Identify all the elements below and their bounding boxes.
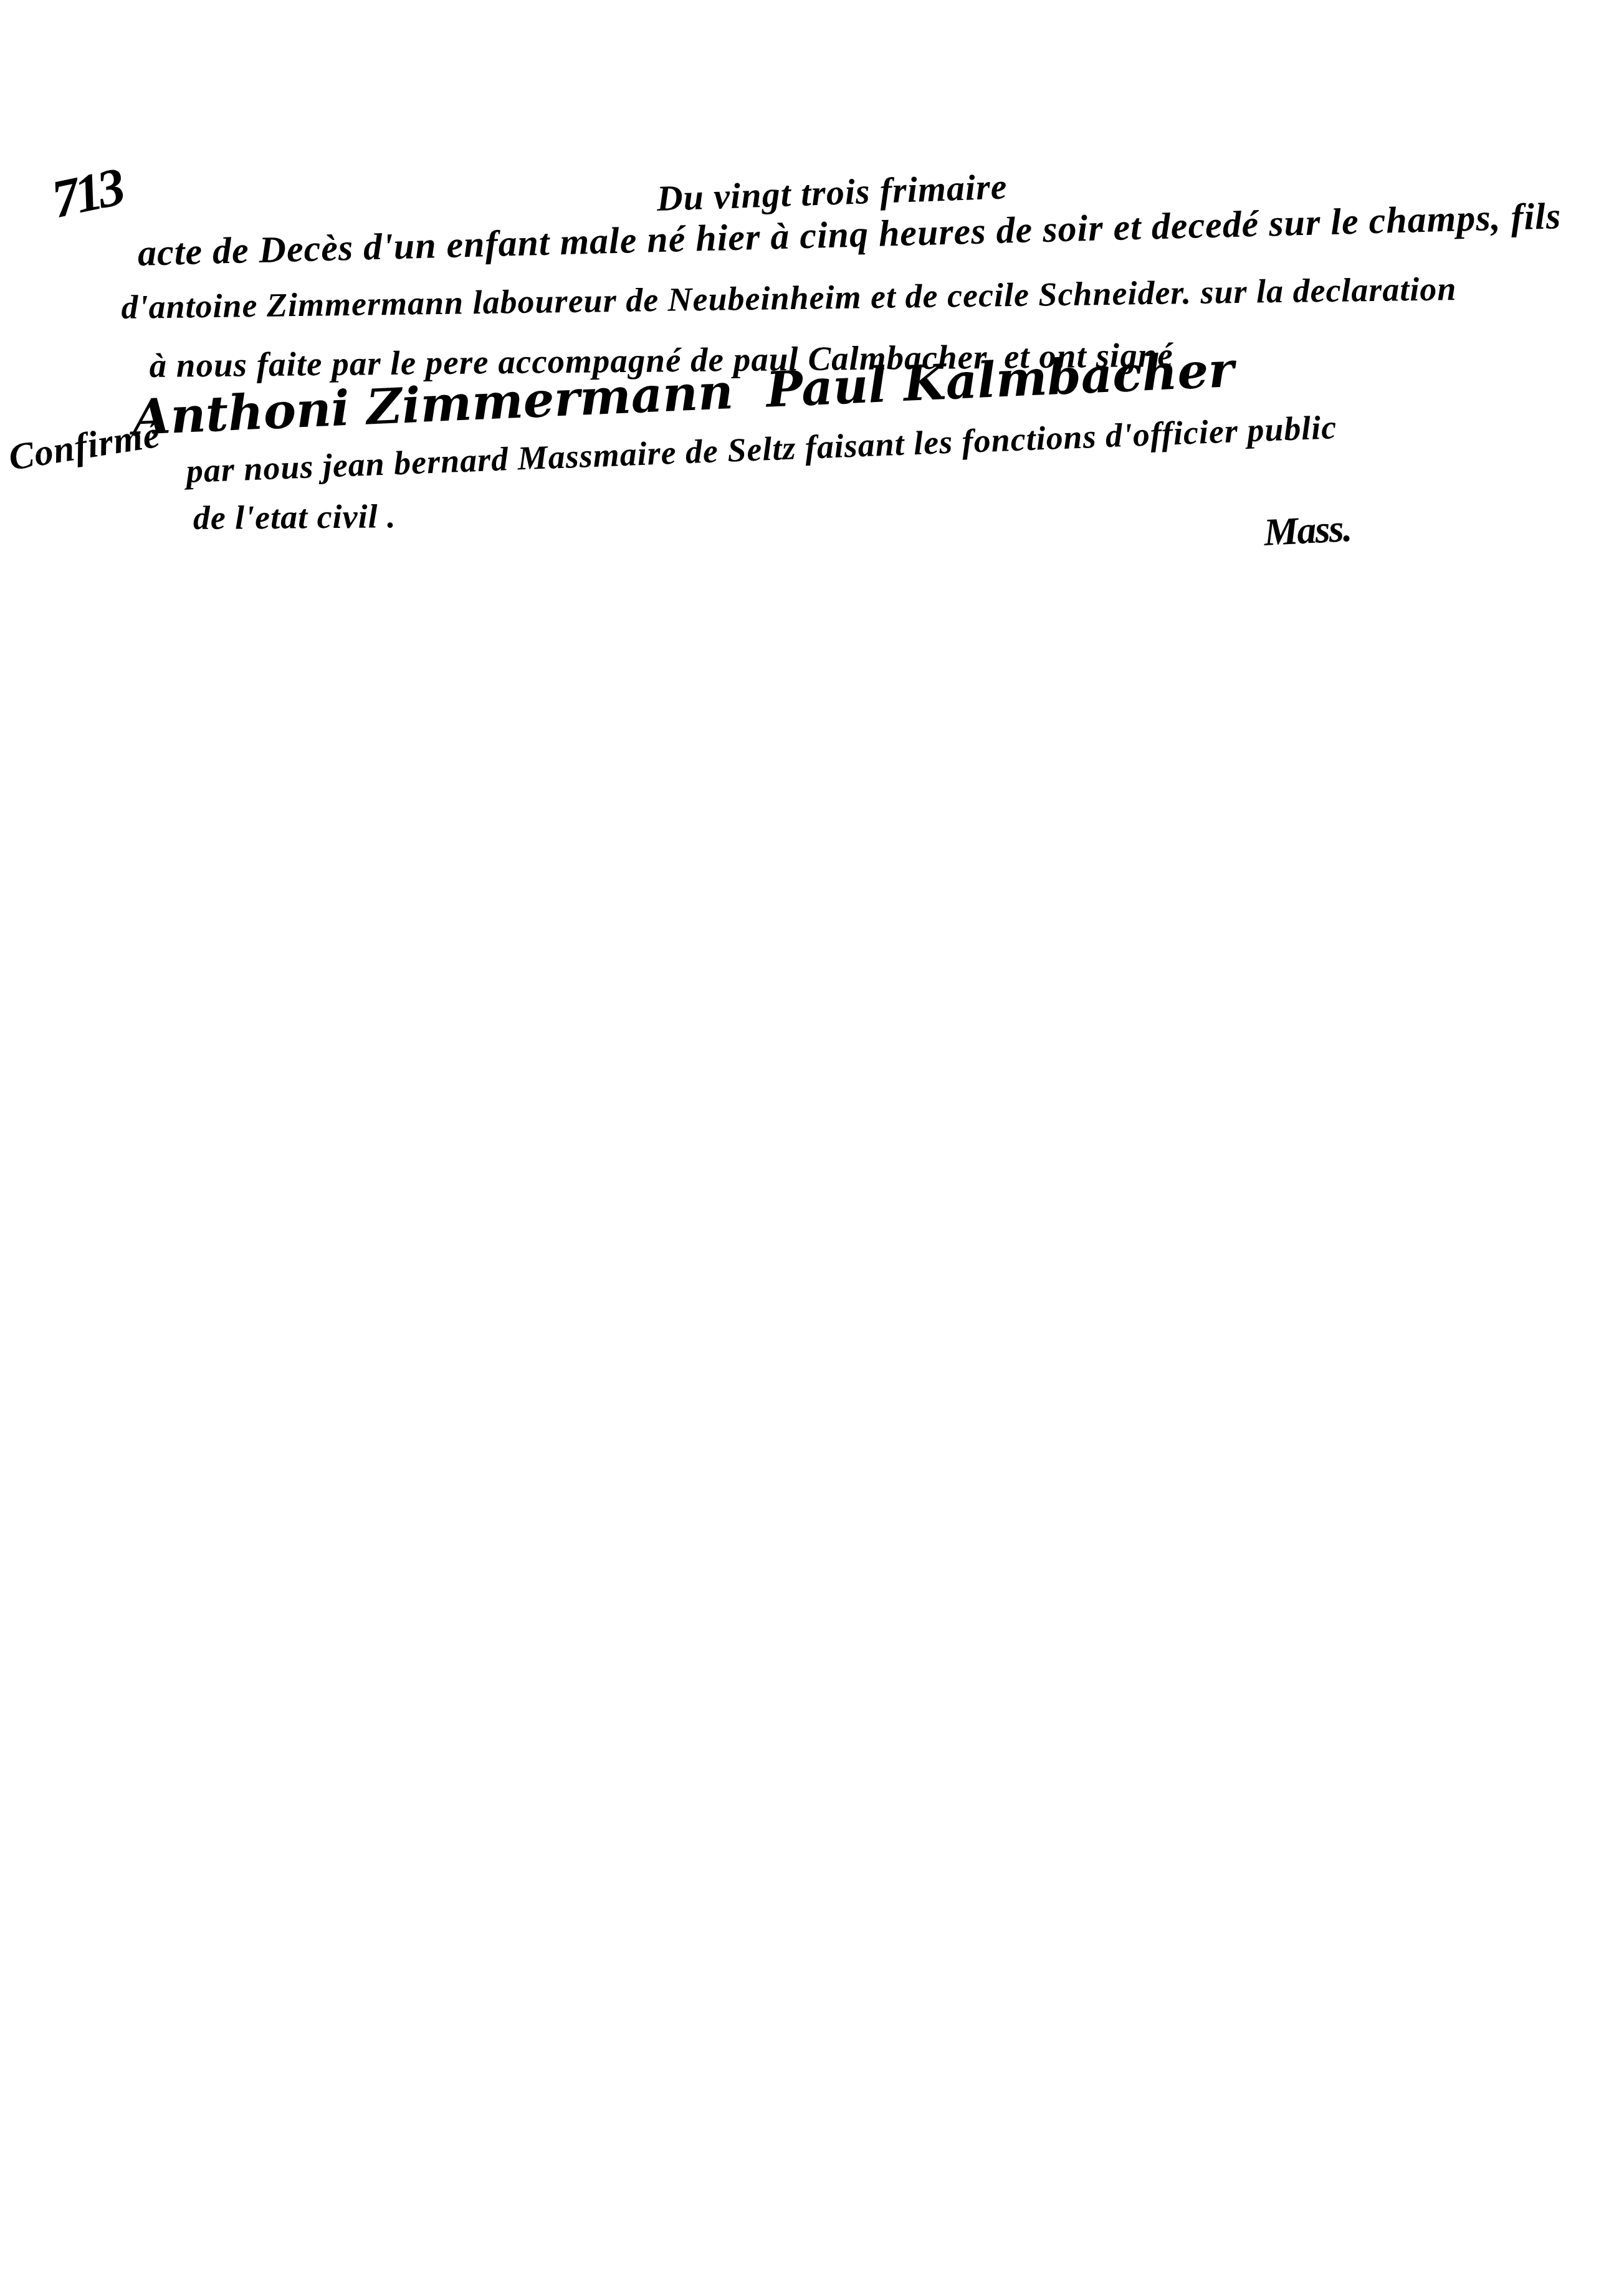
margin-record-number: 713 <box>46 155 127 231</box>
document-page: 713 Du vingt trois frimaire acte de Decè… <box>0 0 1624 2296</box>
record-body-line-2: d'antoine Zimmermann laboureur de Neubei… <box>121 269 1457 327</box>
confirmation-line-2: de l'etat civil . <box>193 497 396 537</box>
confirmation-label: Confirmé <box>6 413 163 479</box>
official-signature: Mass. <box>1263 507 1352 555</box>
blank-page-area <box>0 586 1624 2296</box>
